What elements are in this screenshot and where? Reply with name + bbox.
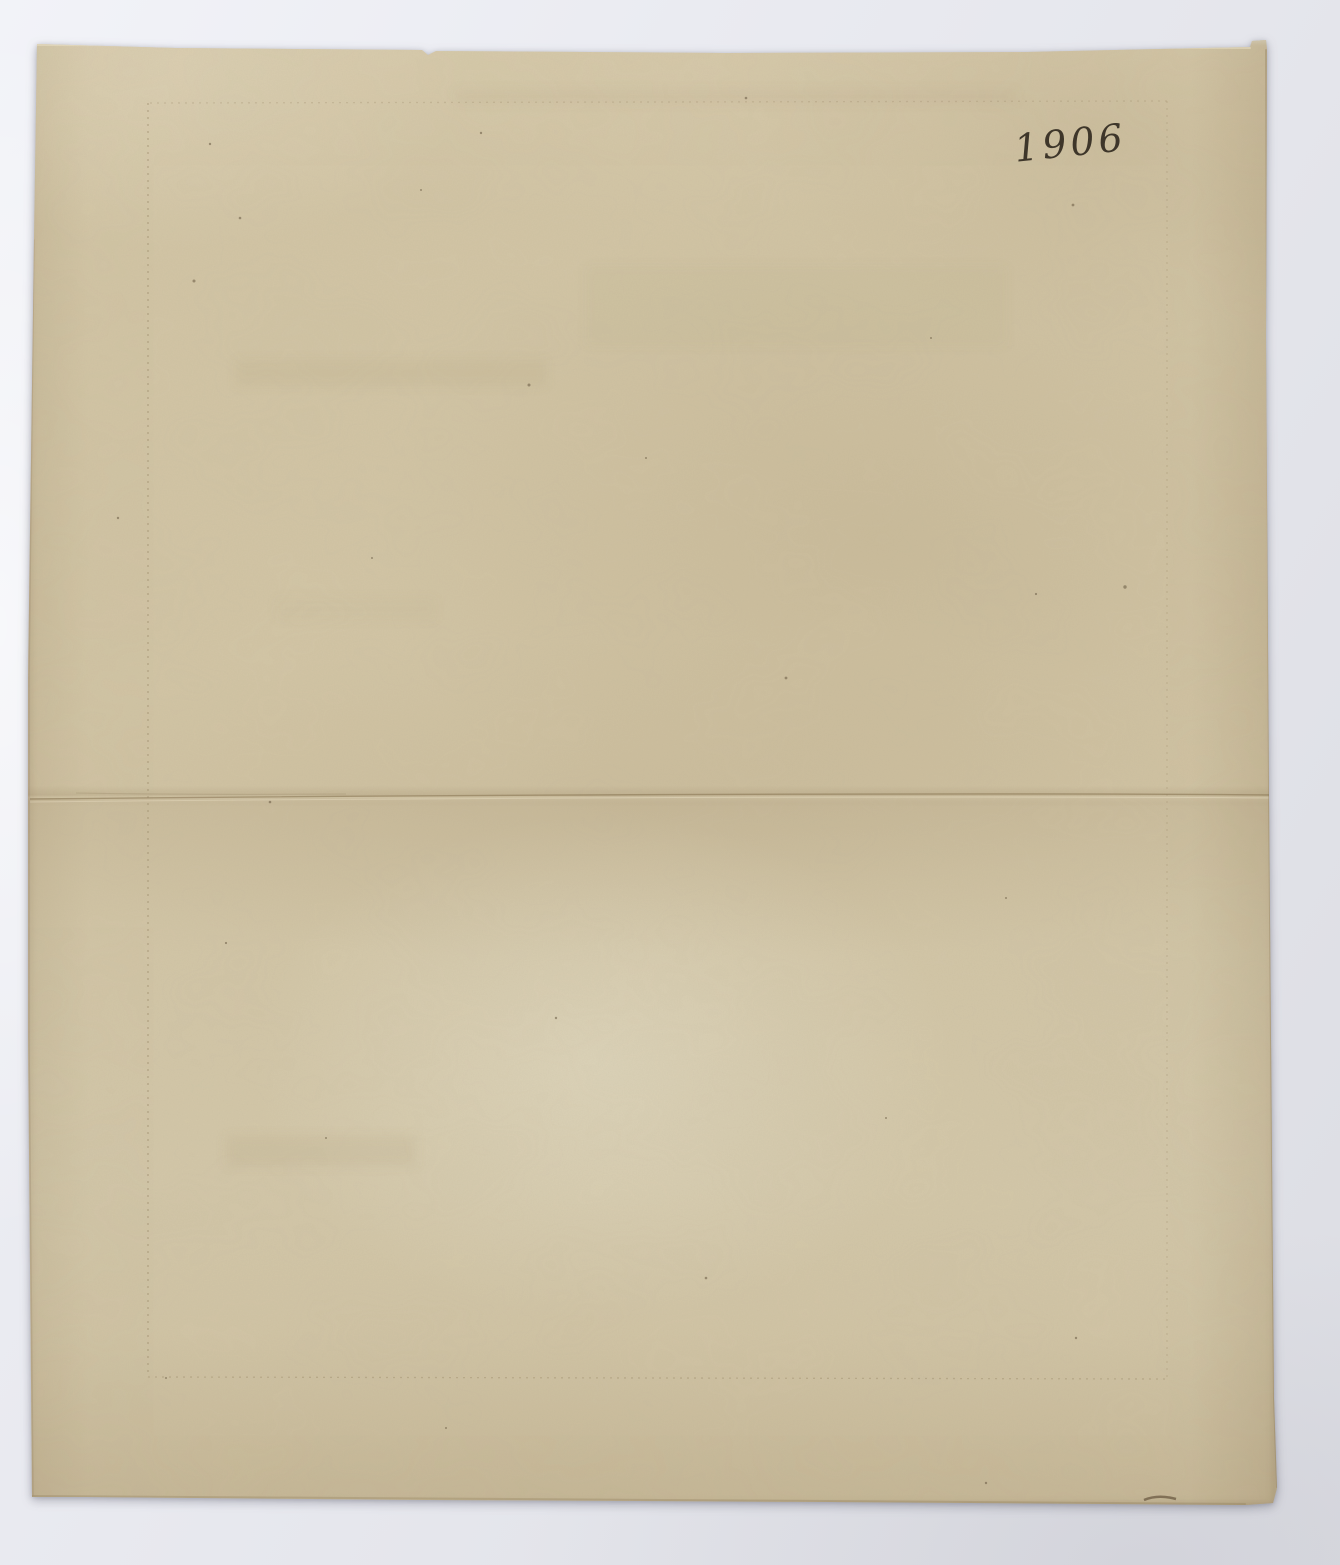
fold-crease (26, 786, 1278, 806)
paper-sheet: 1906 (26, 38, 1278, 1508)
photo-surface: 1906 (0, 0, 1340, 1565)
paper-detail-overlay (26, 38, 1278, 1508)
paper-sheet-wrapper: 1906 (26, 38, 1278, 1508)
paper-grain-texture (26, 38, 1278, 1508)
